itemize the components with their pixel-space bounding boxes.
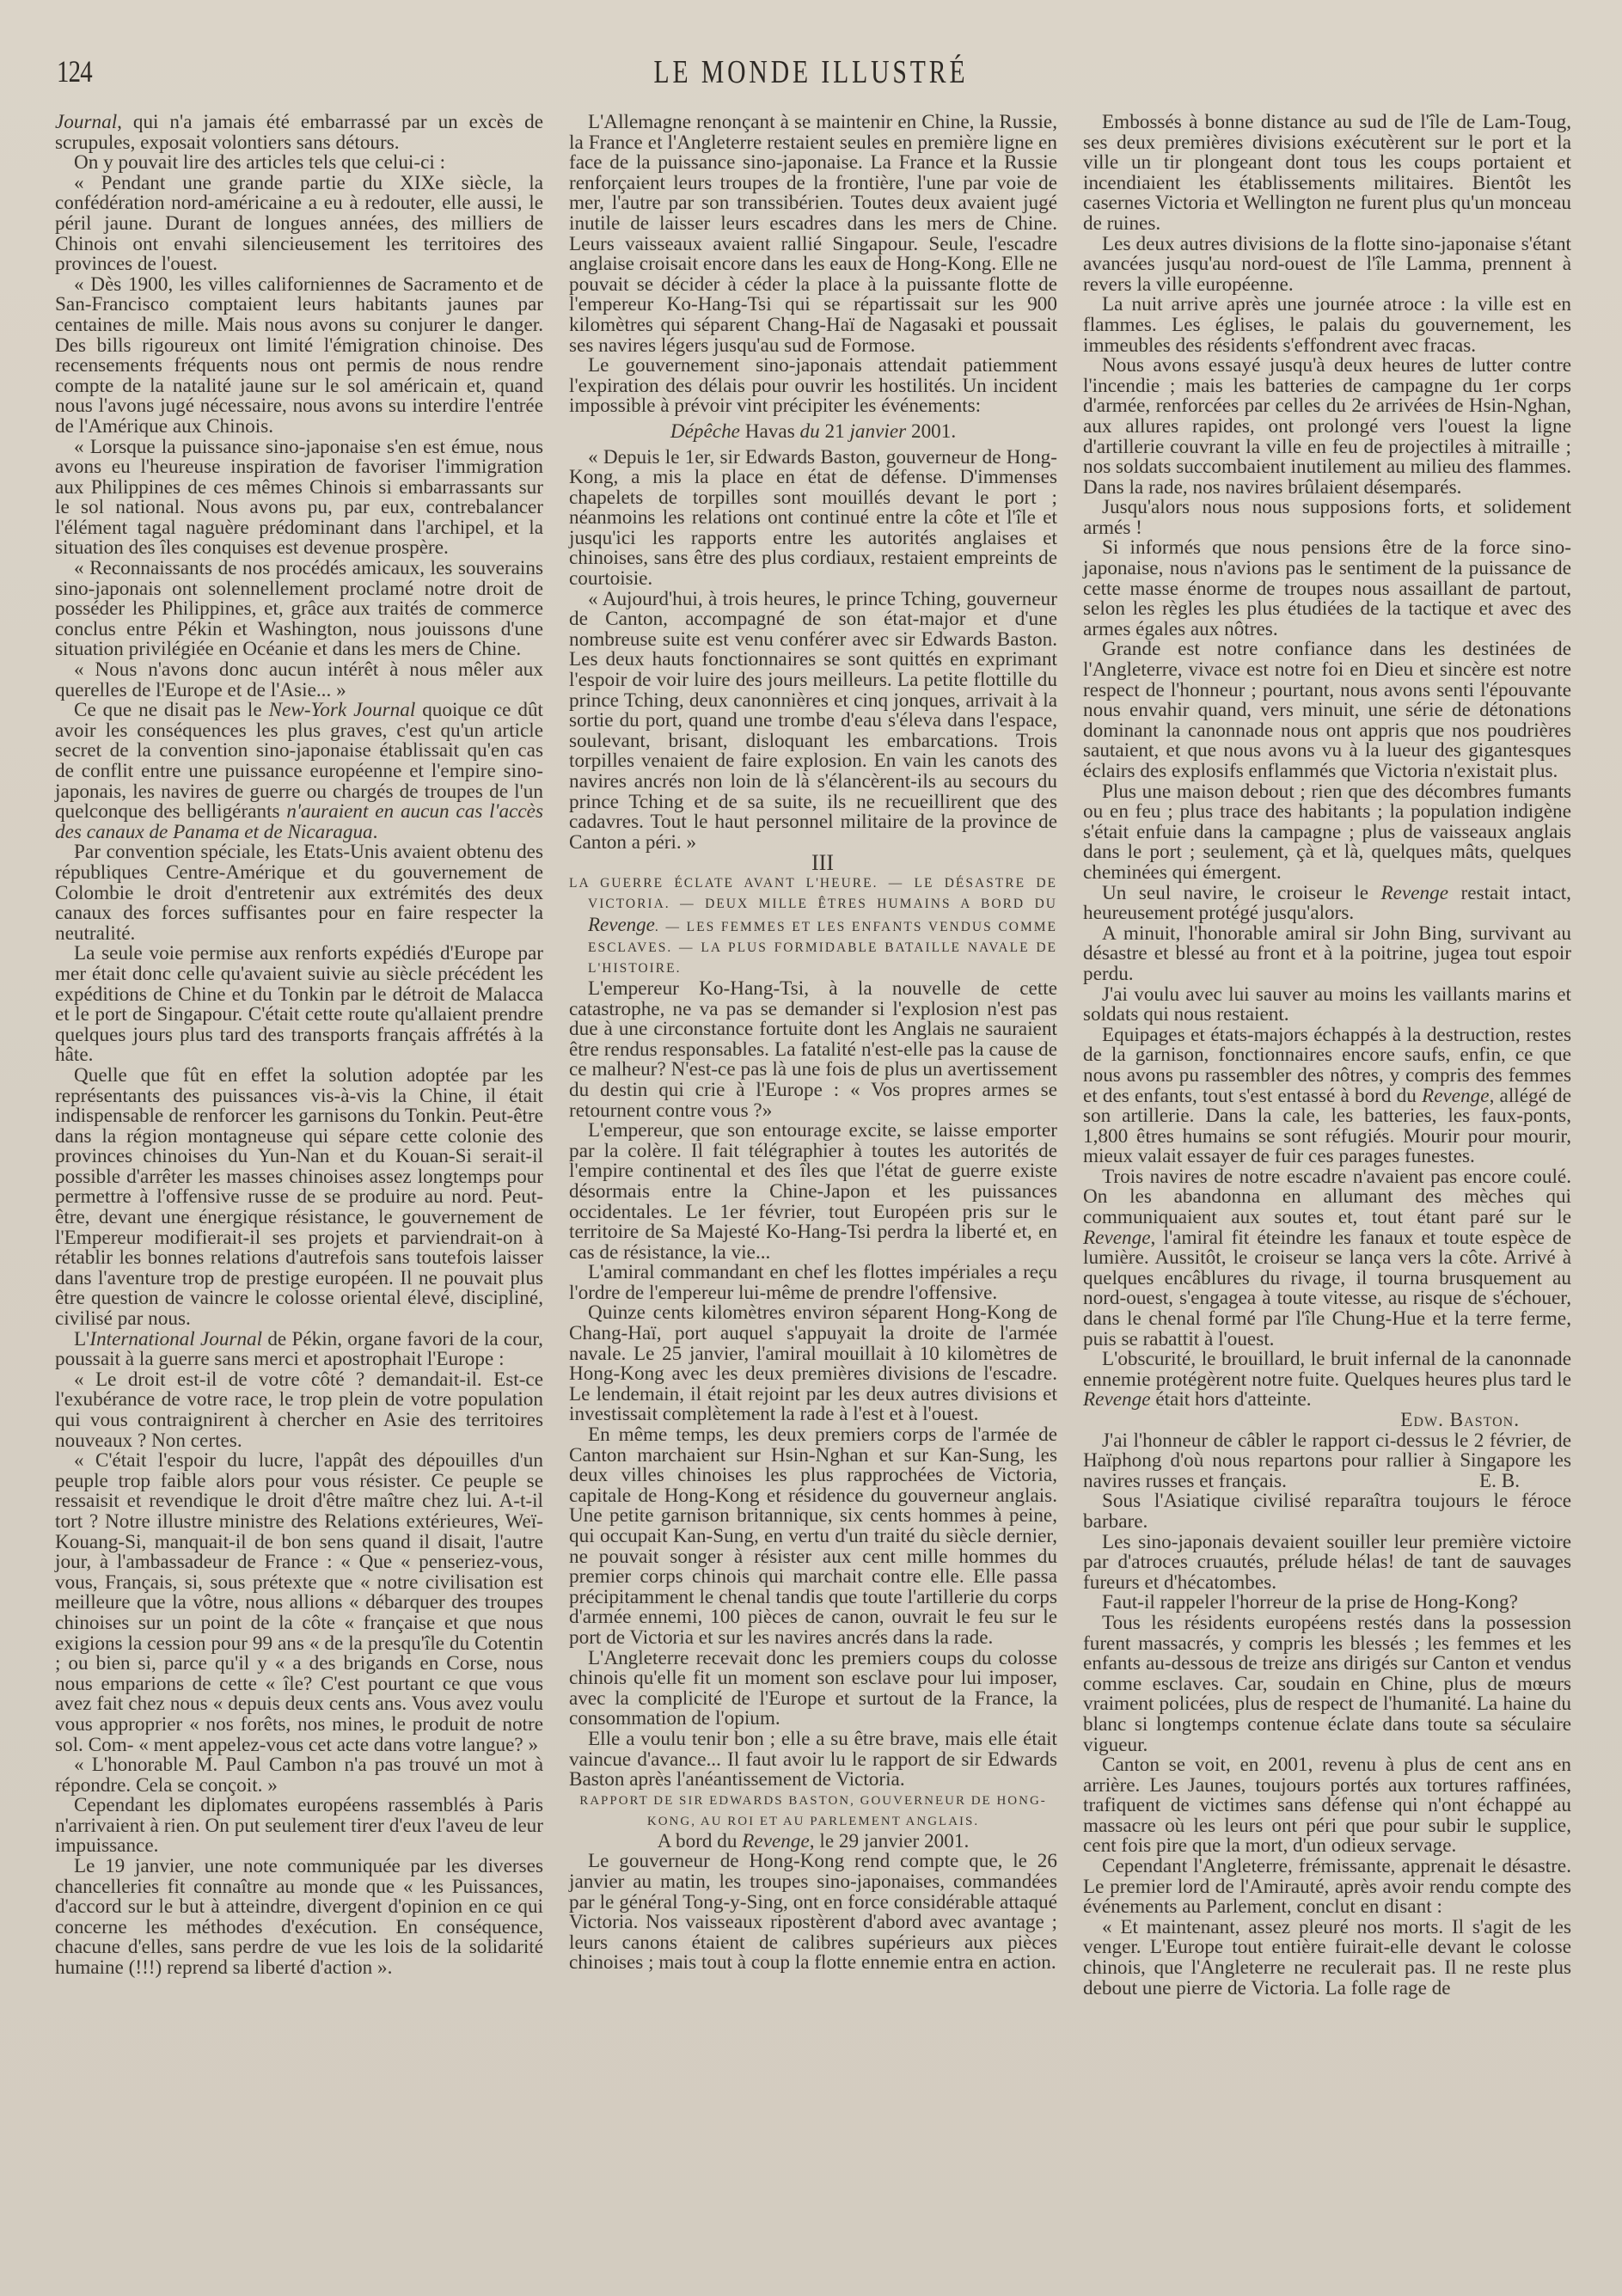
paragraph: Cependant les diplomates européens rasse… bbox=[55, 1796, 543, 1857]
text: , l'amiral fit éteindre les fanaux et to… bbox=[1083, 1227, 1571, 1350]
text: Trois navires de notre escadre n'avaient… bbox=[1083, 1166, 1571, 1228]
paragraph: L'obscurité, le brouillard, le bruit inf… bbox=[1083, 1350, 1571, 1411]
paragraph: Le gouvernement sino-japonais attendait … bbox=[569, 356, 1057, 417]
paragraph: L'Angleterre recevait donc les premiers … bbox=[569, 1649, 1057, 1730]
paragraph: Ce que ne disait pas le New-York Journal… bbox=[55, 701, 543, 842]
italic-text: Journal bbox=[55, 111, 117, 133]
dispatch-heading: Dépêche Havas du 21 janvier 2001. bbox=[569, 422, 1057, 443]
column-2: L'Allemagne renonçant à se maintenir en … bbox=[569, 113, 1057, 1999]
paragraph: J'ai voulu avec lui sauver au moins les … bbox=[1083, 985, 1571, 1026]
paragraph: La nuit arrive après une journée atroce … bbox=[1083, 295, 1571, 356]
quote-paragraph: « Dès 1900, les villes californiennes de… bbox=[55, 275, 543, 438]
text: , le 29 janvier 2001. bbox=[810, 1830, 969, 1852]
text: Un seul navire, le croiseur le bbox=[1102, 882, 1381, 904]
paragraph: Quelle que fût en effet la solution adop… bbox=[55, 1066, 543, 1330]
initials: E. B. bbox=[1460, 1472, 1520, 1492]
paragraph: Quinze cents kilomètres environ séparent… bbox=[569, 1303, 1057, 1425]
paragraph: Faut-il rappeler l'horreur de la prise d… bbox=[1083, 1593, 1571, 1613]
text: était hors d'atteinte. bbox=[1151, 1388, 1312, 1411]
section-number: III bbox=[569, 853, 1057, 873]
paragraph: Plus une maison debout ; rien que des dé… bbox=[1083, 782, 1571, 884]
paragraph: Les deux autres divisions de la flotte s… bbox=[1083, 235, 1571, 296]
paragraph: Un seul navire, le croiseur le Revenge r… bbox=[1083, 884, 1571, 924]
paragraph: La seule voie permise aux renforts expéd… bbox=[55, 944, 543, 1066]
italic-text: Revenge bbox=[1381, 882, 1449, 904]
paragraph: Tous les résidents européens restés dans… bbox=[1083, 1613, 1571, 1755]
text: La guerre éclate avant l'heure. — Le dés… bbox=[569, 876, 1057, 911]
paragraph: Cependant l'Angleterre, frémissante, app… bbox=[1083, 1857, 1571, 1918]
paragraph: On y pouvait lire des articles tels que … bbox=[55, 153, 543, 174]
text: 21 bbox=[820, 420, 850, 443]
paragraph: Grande est notre confiance dans les dest… bbox=[1083, 640, 1571, 781]
paragraph: Si informés que nous pensions être de la… bbox=[1083, 538, 1571, 640]
page-header: 124 LE MONDE ILLUSTRÉ bbox=[57, 50, 1565, 93]
paragraph: L'Allemagne renonçant à se maintenir en … bbox=[569, 113, 1057, 356]
report-signature: Edw. Baston. bbox=[1083, 1411, 1571, 1431]
paragraph: Sous l'Asiatique civilisé reparaîtra tou… bbox=[1083, 1491, 1571, 1532]
text: 2001. bbox=[906, 420, 956, 443]
paragraph: Journal, qui n'a jamais été embarrassé p… bbox=[55, 113, 543, 153]
quote-paragraph: « Depuis le 1er, sir Edwards Baston, gou… bbox=[569, 448, 1057, 590]
report-heading: RAPPORT DE SIR EDWARDS BASTON, GOUVERNEU… bbox=[569, 1791, 1057, 1832]
text: Havas bbox=[740, 420, 800, 443]
italic-text: Dépêche bbox=[670, 420, 740, 443]
paragraph: Jusqu'alors nous nous supposions forts, … bbox=[1083, 498, 1571, 538]
italic-text: du bbox=[800, 420, 820, 443]
quote-paragraph: « Lorsque la puissance sino-japonaise s'… bbox=[55, 438, 543, 560]
paragraph: En même temps, les deux premiers corps d… bbox=[569, 1425, 1057, 1649]
chapter-summary: La guerre éclate avant l'heure. — Le dés… bbox=[569, 873, 1057, 979]
quote-paragraph: « Et maintenant, assez pleuré nos morts.… bbox=[1083, 1918, 1571, 1999]
page-number: 124 bbox=[57, 53, 92, 89]
paragraph: Canton se voit, en 2001, revenu à plus d… bbox=[1083, 1755, 1571, 1857]
paragraph: Par convention spéciale, les Etats-Unis … bbox=[55, 842, 543, 944]
italic-text: New-York Journal bbox=[269, 699, 416, 721]
quote-paragraph: « C'était l'espoir du lucre, l'appât des… bbox=[55, 1451, 543, 1755]
quote-paragraph: « L'honorable M. Paul Cambon n'a pas tro… bbox=[55, 1755, 543, 1796]
text: L'obscurité, le brouillard, le bruit inf… bbox=[1083, 1348, 1571, 1391]
italic-text: Revenge bbox=[742, 1830, 810, 1852]
text: . bbox=[373, 821, 378, 843]
paragraph: L'amiral commandant en chef les flottes … bbox=[569, 1263, 1057, 1303]
text: A bord du bbox=[658, 1830, 743, 1852]
column-3: Embossés à bonne distance au sud de l'îl… bbox=[1083, 113, 1571, 1999]
italic-text: International Journal bbox=[89, 1328, 262, 1350]
paragraph: L'International Journal de Pékin, organe… bbox=[55, 1330, 543, 1370]
italic-text: janvier bbox=[849, 420, 906, 443]
paragraph: Trois navires de notre escadre n'avaient… bbox=[1083, 1167, 1571, 1350]
paragraph: J'ai l'honneur de câbler le rapport ci-d… bbox=[1083, 1431, 1571, 1492]
italic-text: Revenge bbox=[1083, 1227, 1151, 1249]
quote-paragraph: « Nous n'avons donc aucun intérêt à nous… bbox=[55, 660, 543, 701]
text: , qui n'a jamais été embarrassé par un e… bbox=[55, 111, 543, 154]
text: . — Les femmes et les enfants vendus com… bbox=[588, 920, 1057, 976]
italic-text: Revenge bbox=[1422, 1085, 1490, 1107]
text: L' bbox=[74, 1328, 89, 1350]
text: Ce que ne disait pas le bbox=[74, 699, 269, 721]
italic-text: Revenge bbox=[1083, 1388, 1151, 1411]
paragraph: Le gouverneur de Hong-Kong rend compte q… bbox=[569, 1852, 1057, 1974]
italic-text: Revenge bbox=[588, 914, 655, 935]
dateline: A bord du Revenge, le 29 janvier 2001. bbox=[569, 1832, 1057, 1852]
paragraph: Elle a voulu tenir bon ; elle a su être … bbox=[569, 1730, 1057, 1791]
paragraph: A minuit, l'honorable amiral sir John Bi… bbox=[1083, 924, 1571, 985]
article-columns: Journal, qui n'a jamais été embarrassé p… bbox=[55, 113, 1571, 1999]
quote-paragraph: « Le droit est-il de votre côté ? demand… bbox=[55, 1370, 543, 1451]
paragraph: Embossés à bonne distance au sud de l'îl… bbox=[1083, 113, 1571, 235]
paragraph: Equipages et états-majors échappés à la … bbox=[1083, 1026, 1571, 1167]
paragraph: L'empereur, que son entourage excite, se… bbox=[569, 1121, 1057, 1263]
column-1: Journal, qui n'a jamais été embarrassé p… bbox=[55, 113, 543, 1999]
paragraph: Le 19 janvier, une note communiquée par … bbox=[55, 1857, 543, 1979]
quote-paragraph: « Pendant une grande partie du XIXe sièc… bbox=[55, 174, 543, 275]
paragraph: Les sino-japonais devaient souiller leur… bbox=[1083, 1533, 1571, 1594]
quote-paragraph: « Reconnaissants de nos procédés amicaux… bbox=[55, 559, 543, 660]
masthead-title: LE MONDE ILLUSTRÉ bbox=[223, 53, 1399, 91]
quote-paragraph: « Aujourd'hui, à trois heures, le prince… bbox=[569, 590, 1057, 854]
paragraph: Nous avons essayé jusqu'à deux heures de… bbox=[1083, 356, 1571, 498]
paragraph: L'empereur Ko-Hang-Tsi, à la nouvelle de… bbox=[569, 979, 1057, 1121]
